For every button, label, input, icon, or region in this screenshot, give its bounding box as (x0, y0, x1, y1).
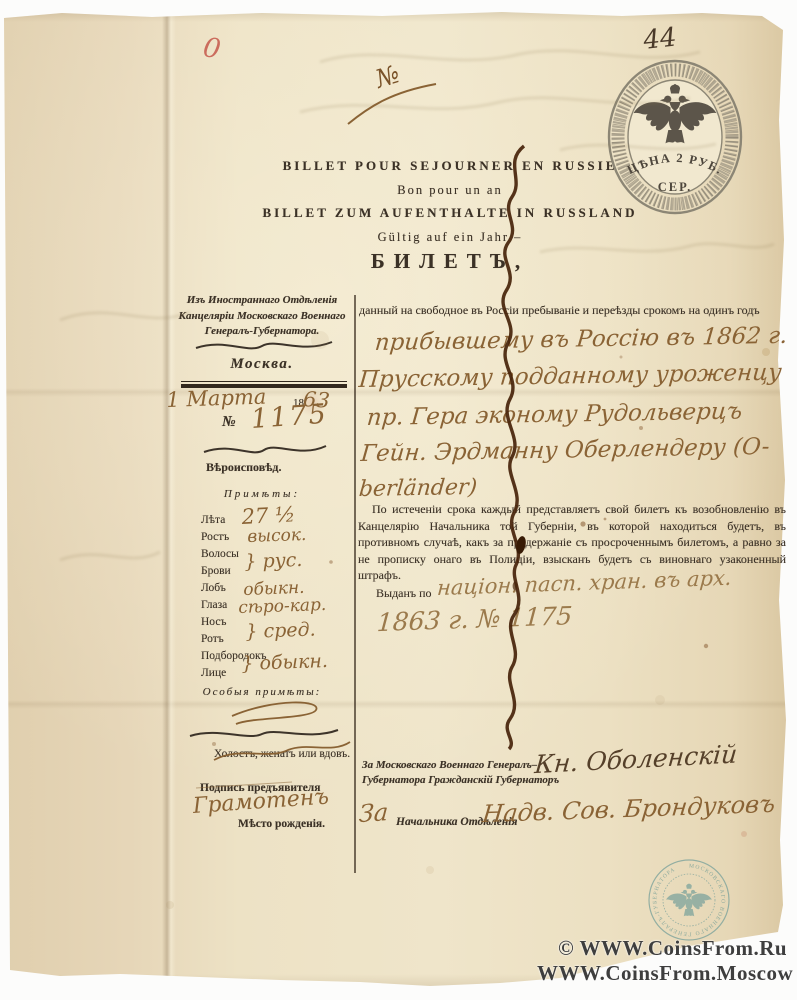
header-german-subtitle: Gültig auf ein Jahr – (170, 230, 730, 245)
numero-sign: № (222, 414, 236, 431)
marital-status-label: Холостъ, женатъ или вдовъ. (214, 748, 350, 760)
watermark-line1: © WWW.CoinsFrom.Ru (558, 936, 787, 961)
mark-label-mouth: Ротъ (201, 633, 224, 645)
mark-label-forehead: Лобъ (201, 582, 226, 594)
corner-number-mark: 44 (642, 23, 678, 56)
document-title: БИЛЕТЪ, (170, 249, 730, 274)
permit-intro-text: данный на свободное въ Россіи пребываніе… (359, 302, 783, 318)
mark-value-eyes: сѣро-кар. (238, 595, 327, 618)
issuing-office-line: Изъ Иностраннаго Отдѣленія (170, 293, 354, 309)
mark-value-nose-mouth: } сред. (245, 619, 316, 643)
mark-label-nose: Носъ (201, 616, 226, 628)
document-number-handwritten: 1175 (250, 399, 329, 435)
mark-label-eyes: Глаза (201, 599, 227, 611)
governor-title-line: Губернатора Гражданскій Губернаторъ (362, 773, 559, 788)
issued-per-label: Выданъ по (376, 586, 432, 601)
mark-value-hair-brows: } рус. (244, 549, 303, 573)
governor-title-line: За Московскаго Военнаго Генералъ– (362, 758, 537, 773)
city-name: Москва. (170, 356, 354, 373)
governor-seal-stamp: МОСКОВСКАГО ВОЕННАГО ГЕНЕРАЛЪ-ГУБЕРНАТОР… (645, 856, 733, 944)
document-scan: BILLET POUR SEJOURNER EN RUSSIE Bon pour… (0, 0, 797, 1000)
seal-eagle-icon (666, 884, 712, 917)
stamp-price-below-text: СЕР. (658, 180, 693, 194)
watermark-line2: WWW.CoinsFrom.Moscow (537, 961, 793, 986)
column-divider (354, 295, 356, 873)
mark-label-hair: Волосы (201, 548, 239, 560)
issuing-office-line: Генералъ-Губернатора. (170, 324, 354, 340)
permit-holder-line: berländer) (358, 475, 478, 502)
issuing-office-line: Канцеляріи Московскаго Военнаго (170, 309, 354, 325)
mark-label-height: Ростъ (201, 531, 229, 543)
special-marks-label: Особыя примѣты: (170, 686, 354, 698)
birthplace-label: Мѣсто рожденія. (238, 818, 325, 830)
mark-value-height: высок. (247, 525, 307, 547)
mark-label-face: Лице (201, 667, 226, 679)
marks-section-title: Примѣты: (170, 488, 354, 500)
mark-value-chin-face: } обыкн. (241, 650, 328, 675)
religion-label: Вѣроисповѣд. (206, 460, 282, 475)
mark-label-age: Лѣта (201, 514, 225, 526)
mark-label-brows: Брови (201, 565, 231, 577)
for-prefix-handwritten: За (358, 798, 389, 828)
revenue-stamp: ЦѢНА 2 РУБ. СЕР. (600, 52, 750, 222)
